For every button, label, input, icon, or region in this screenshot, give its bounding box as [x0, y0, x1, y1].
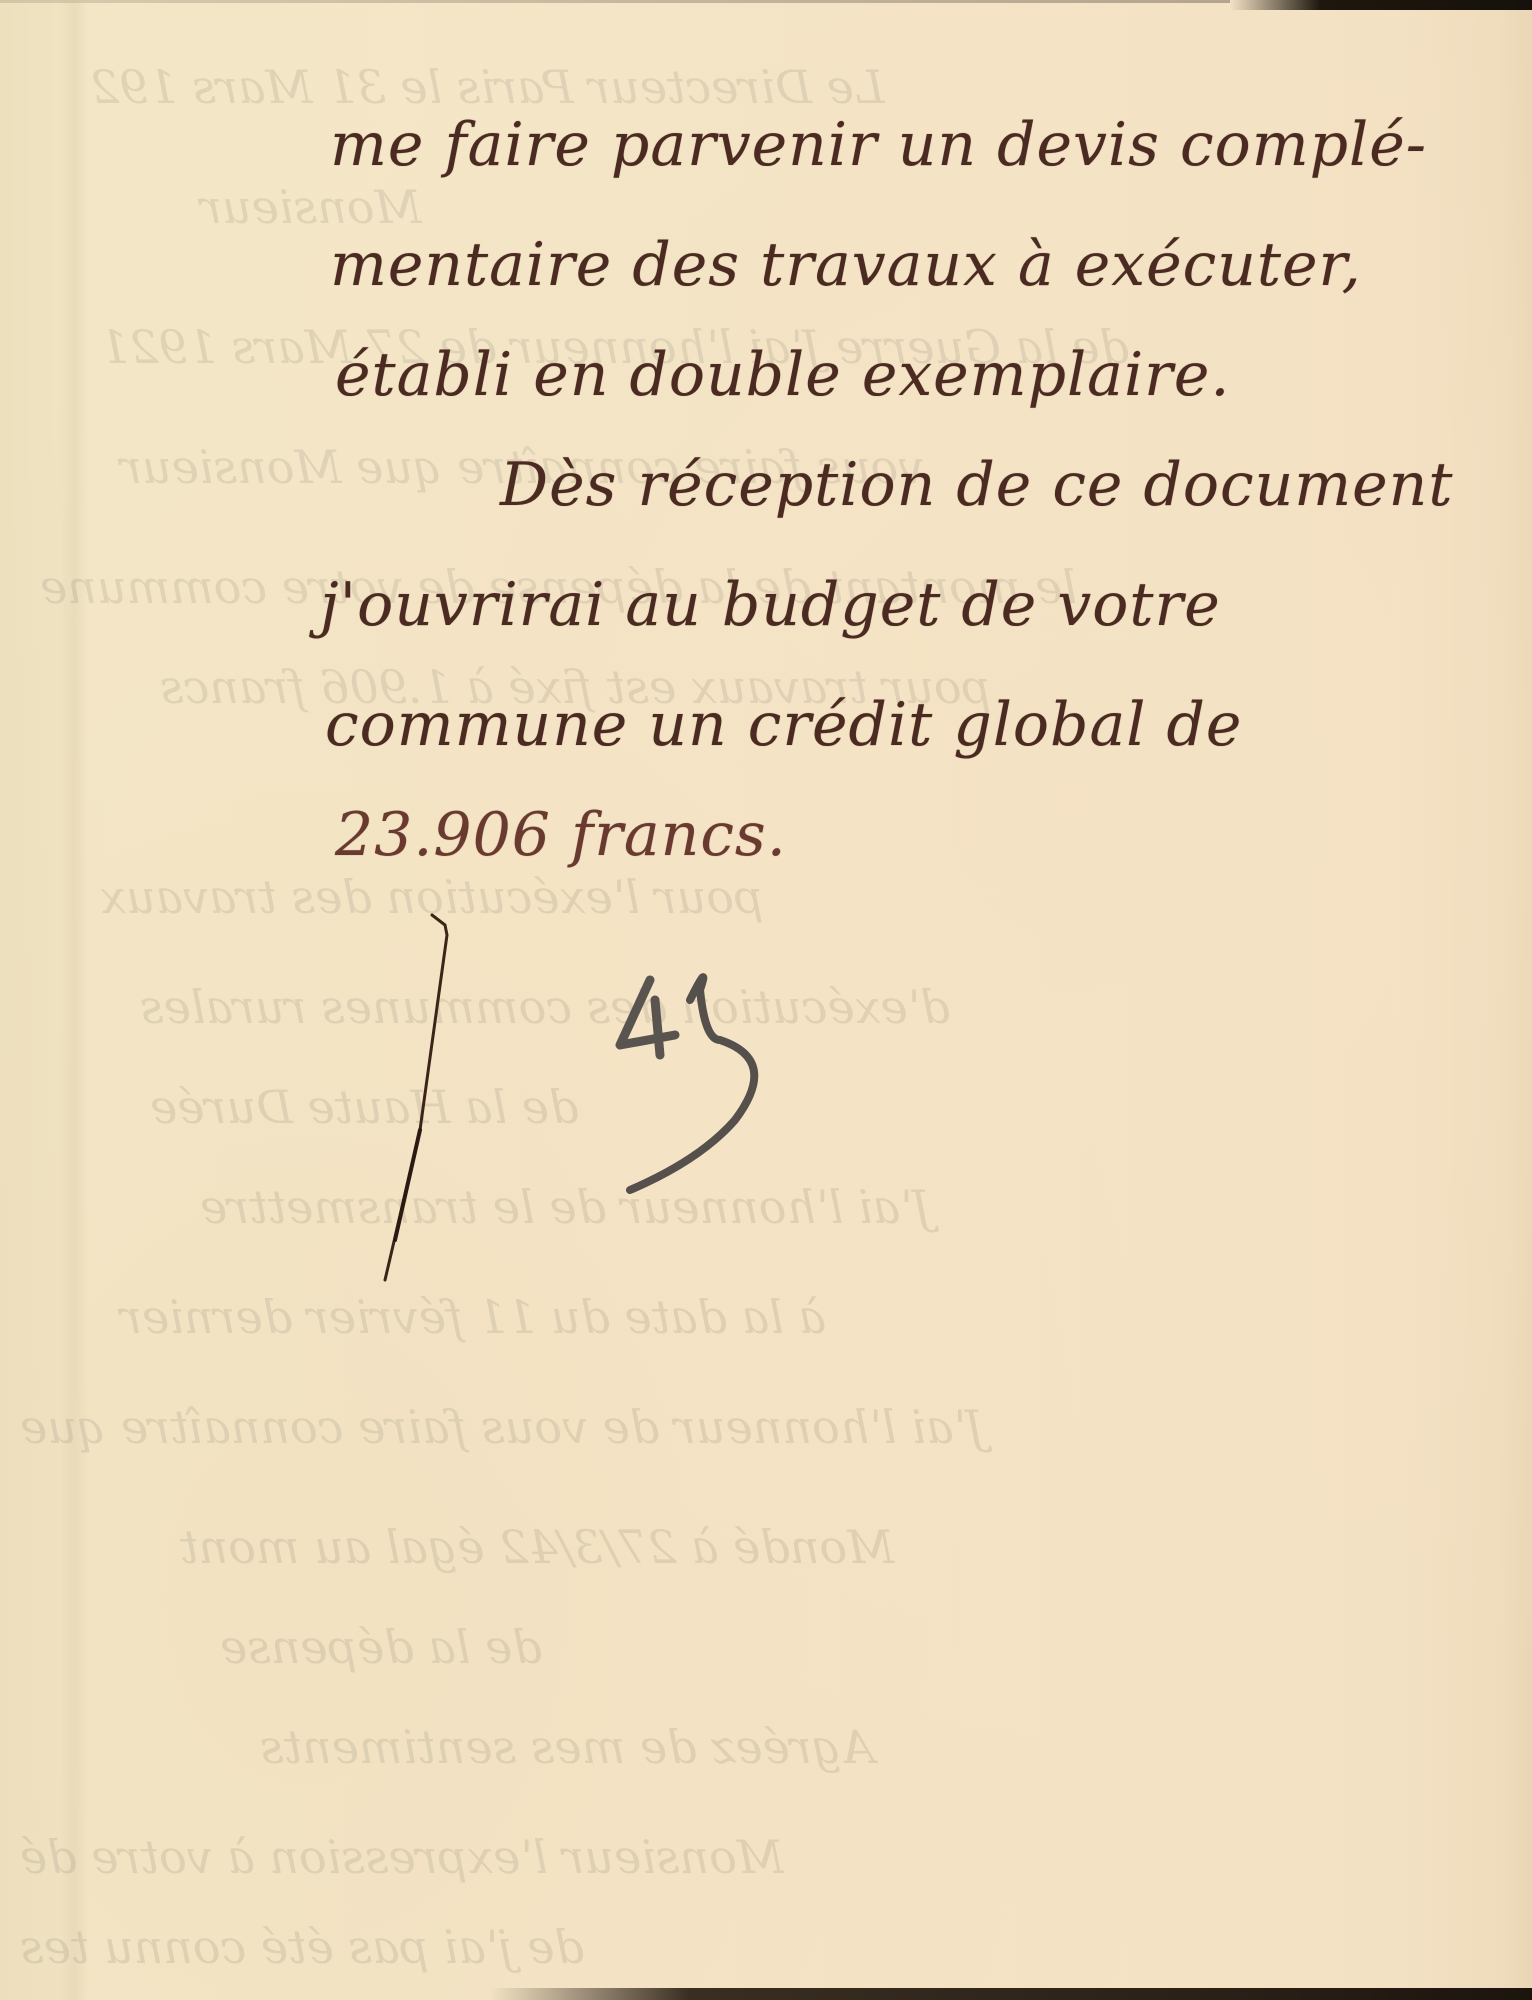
- top-border-dark: [1230, 0, 1532, 10]
- paper-fold-mark: [60, 0, 88, 2000]
- bleed-through-line: Monsieur l'expression à votre dé: [20, 1830, 784, 1884]
- bleed-through-line: J'ai l'honneur de le transmettre: [200, 1180, 931, 1234]
- bleed-through-line: pour l'exécution des travaux: [100, 870, 763, 924]
- bleed-through-line: J'ai l'honneur de vous faire connaître q…: [20, 1400, 985, 1454]
- bleed-through-line: Monsieur: [200, 180, 422, 234]
- handwritten-line-6: commune un crédit global de: [325, 690, 1242, 760]
- document-page: Le Directeur Paris le 31 Mars 192 Monsie…: [0, 0, 1532, 2000]
- bottom-border-dark: [0, 1988, 1532, 2000]
- bleed-through-line: de j'ai pas été connu tes: [20, 1920, 584, 1974]
- bleed-through-line: Le Directeur Paris le 31 Mars 192: [90, 60, 884, 114]
- top-border-shadow: [0, 0, 1230, 3]
- handwritten-amount: 23.906 francs.: [335, 800, 787, 870]
- bleed-through-line: de la Haute Durée: [150, 1080, 579, 1134]
- bleed-through-line: à la date du 11 février dernier: [120, 1290, 826, 1344]
- bleed-through-line: d'exécution des communes rurales: [140, 980, 950, 1034]
- handwritten-line-2: mentaire des travaux à exécuter,: [330, 230, 1362, 300]
- handwritten-line-3: établi en double exemplaire.: [335, 340, 1230, 410]
- handwritten-line-4: Dès réception de ce document: [500, 450, 1453, 520]
- handwritten-line-1: me faire parvenir un devis complé-: [330, 110, 1427, 180]
- bleed-through-line: Agréez de mes sentiments: [260, 1720, 875, 1774]
- bleed-through-line: de la dépense: [220, 1620, 542, 1674]
- handwritten-line-5: j'ouvrirai au budget de votre: [320, 570, 1221, 640]
- bleed-through-line: Mondé à 27/3/42 égal au mont: [180, 1520, 894, 1574]
